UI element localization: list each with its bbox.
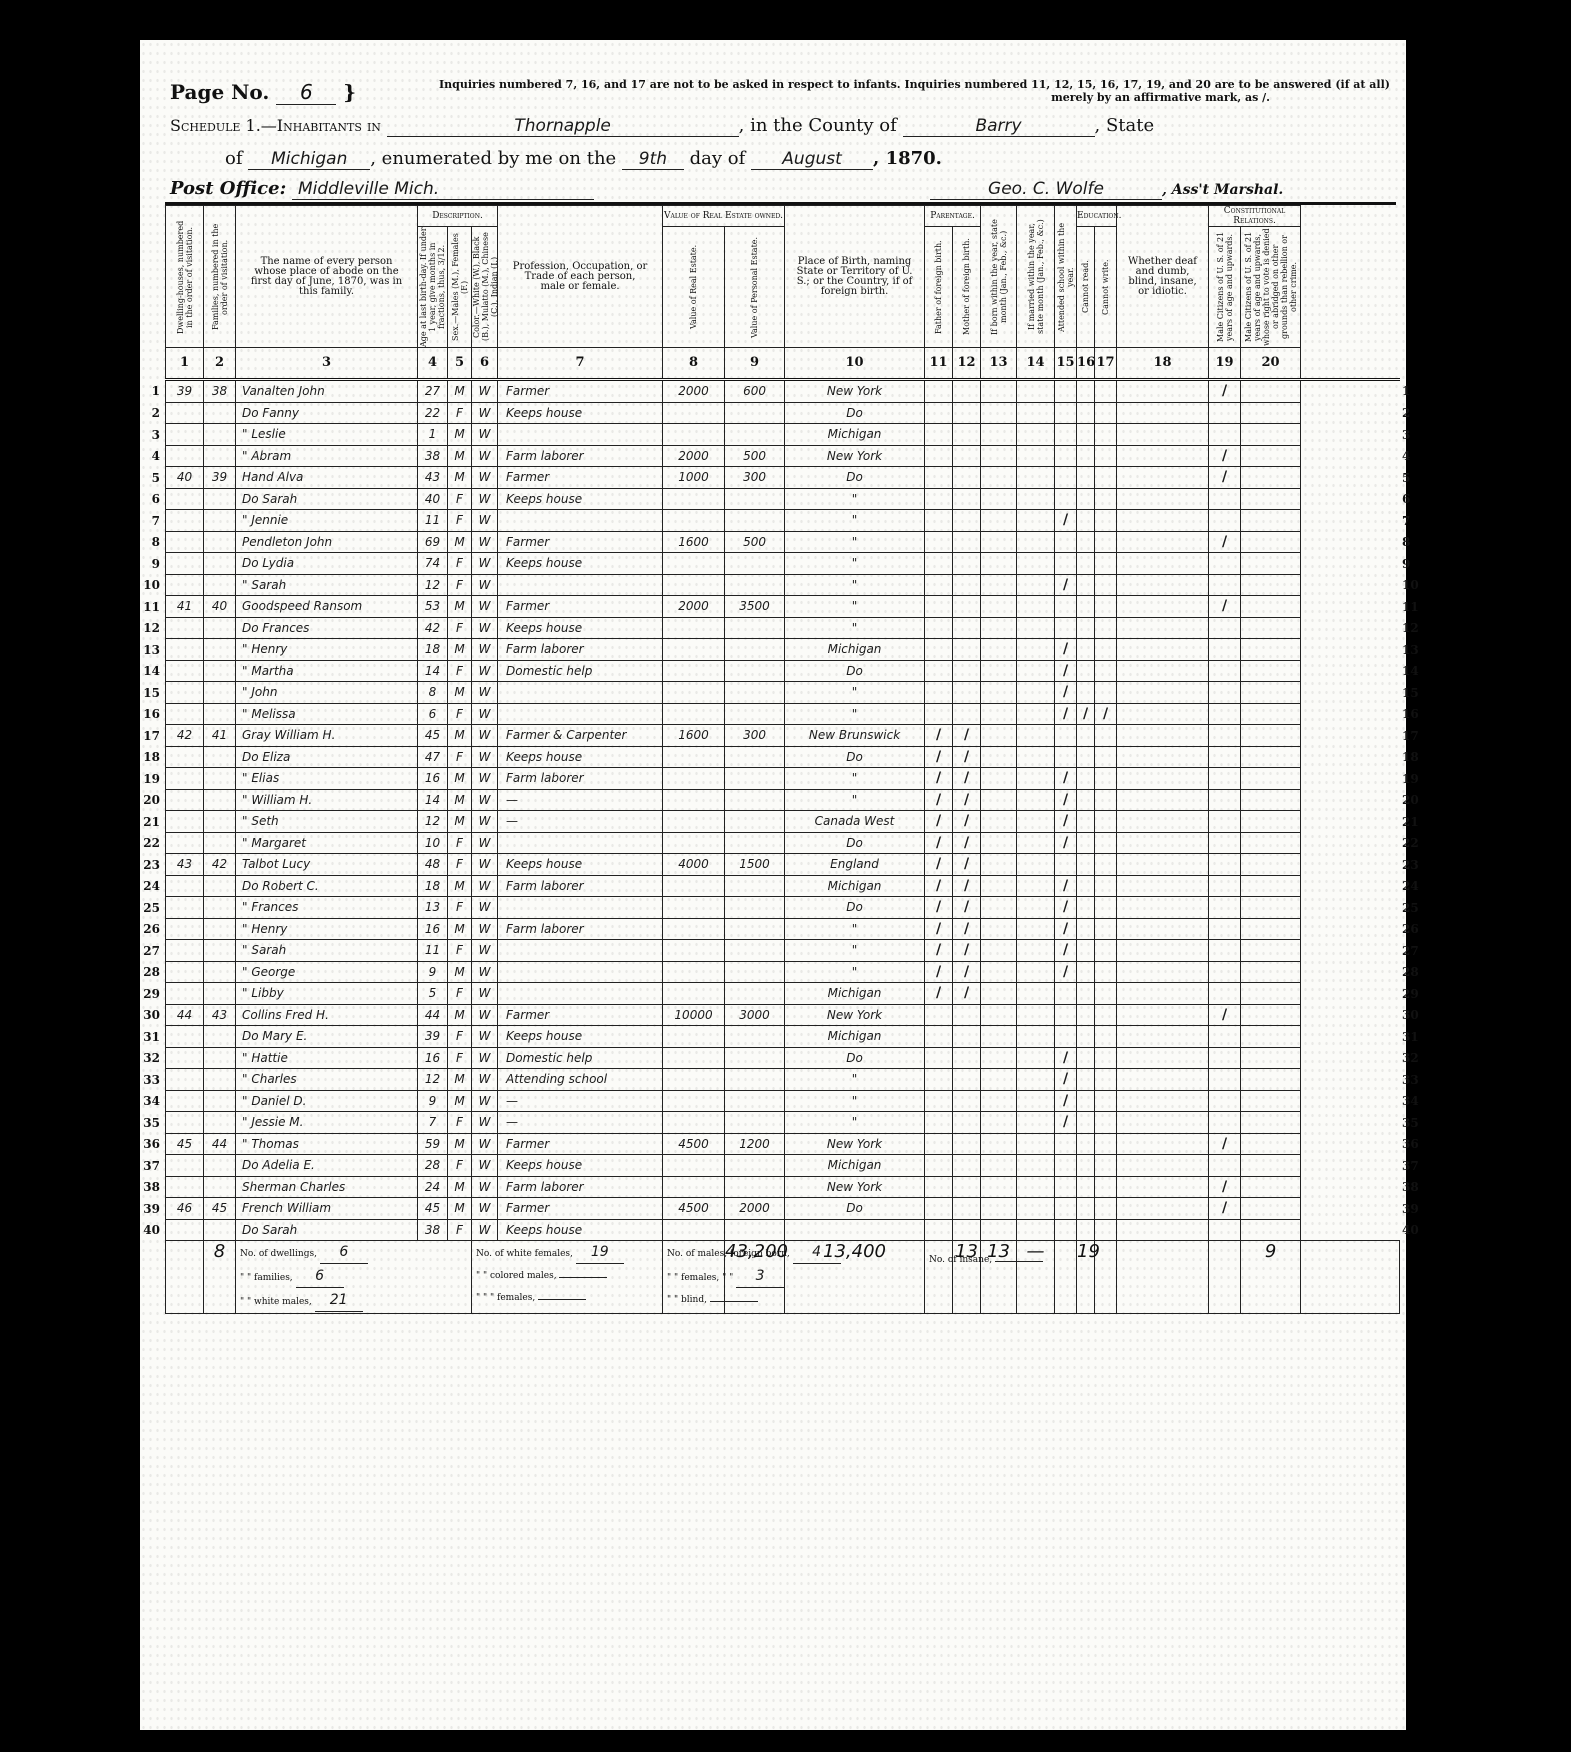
line-number: 39 xyxy=(138,1202,160,1216)
col-header-vote-denied: Male Citizens of U. S. of 21 years of ag… xyxy=(1241,227,1301,348)
color: W xyxy=(472,1176,498,1198)
personal-estate-value xyxy=(725,402,785,424)
col-group-description: Description. xyxy=(418,206,498,227)
cannot-write-mark: / xyxy=(1095,703,1117,725)
color: W xyxy=(472,725,498,747)
dwelling-number xyxy=(166,1155,204,1177)
mother-foreign-mark: / xyxy=(953,875,981,897)
color: W xyxy=(472,1198,498,1220)
father-foreign-mark xyxy=(925,1155,953,1177)
father-foreign-mark xyxy=(925,1133,953,1155)
school-mark xyxy=(1055,488,1077,510)
real-estate-value xyxy=(663,811,725,833)
line-number: 36 xyxy=(1402,1137,1419,1151)
school-mark: / xyxy=(1055,1090,1077,1112)
dwelling-number xyxy=(166,1112,204,1134)
mother-foreign-mark: / xyxy=(953,918,981,940)
occupation: Keeps house xyxy=(498,854,663,876)
family-number xyxy=(204,811,236,833)
line-number: 30 xyxy=(1402,1008,1419,1022)
vote-denied-mark xyxy=(1241,961,1301,983)
sex: F xyxy=(448,897,472,919)
real-estate-value xyxy=(663,746,725,768)
male-citizen-mark xyxy=(1209,1069,1241,1091)
vote-denied-mark xyxy=(1241,832,1301,854)
family-number: 45 xyxy=(204,1198,236,1220)
father-foreign-mark xyxy=(925,703,953,725)
born-month xyxy=(981,1004,1017,1026)
summary-col18 xyxy=(1209,1241,1241,1314)
personal-estate-value xyxy=(725,983,785,1005)
sex: M xyxy=(448,1004,472,1026)
age: 12 xyxy=(418,1069,448,1091)
table-row: " Margaret10FWDo/// xyxy=(166,832,1400,854)
male-citizen-mark xyxy=(1209,1155,1241,1177)
enumeration-line: of Michigan, enumerated by me on the 9th… xyxy=(225,148,942,170)
col-number: 15 xyxy=(1055,348,1077,380)
married-month xyxy=(1017,639,1055,661)
real-estate-value xyxy=(663,897,725,919)
cannot-read-mark xyxy=(1077,918,1095,940)
person-name: " Frances xyxy=(236,897,418,919)
school-mark xyxy=(1055,553,1077,575)
table-row: 4544" Thomas59MWFarmer45001200New York/ xyxy=(166,1133,1400,1155)
born-month xyxy=(981,660,1017,682)
dwelling-number xyxy=(166,574,204,596)
occupation: Farmer xyxy=(498,467,663,489)
summary-father-foreign-total: 13 xyxy=(953,1241,981,1314)
birthplace: " xyxy=(785,682,925,704)
summary-col17 xyxy=(1117,1241,1209,1314)
table-row: " Sarah12FW"/ xyxy=(166,574,1400,596)
father-foreign-mark xyxy=(925,682,953,704)
family-number xyxy=(204,1219,236,1241)
father-foreign-mark: / xyxy=(925,875,953,897)
dwelling-number: 40 xyxy=(166,467,204,489)
vote-denied-mark xyxy=(1241,380,1301,403)
family-number xyxy=(204,424,236,446)
line-number: 33 xyxy=(138,1073,160,1087)
personal-estate-value xyxy=(725,940,785,962)
cannot-read-mark xyxy=(1077,639,1095,661)
cannot-write-mark xyxy=(1095,1026,1117,1048)
dwelling-number: 39 xyxy=(166,380,204,403)
sex: M xyxy=(448,1176,472,1198)
male-citizen-mark xyxy=(1209,1026,1241,1048)
male-citizen-mark xyxy=(1209,1219,1241,1241)
dwelling-number: 44 xyxy=(166,1004,204,1026)
line-number: 12 xyxy=(138,621,160,635)
father-foreign-mark: / xyxy=(925,746,953,768)
dwelling-number xyxy=(166,510,204,532)
occupation xyxy=(498,940,663,962)
summary-col20 xyxy=(1301,1241,1400,1314)
cannot-read-mark xyxy=(1077,1026,1095,1048)
father-foreign-mark: / xyxy=(925,725,953,747)
color: W xyxy=(472,746,498,768)
age: 9 xyxy=(418,1090,448,1112)
cannot-read-mark xyxy=(1077,789,1095,811)
col-number: 14 xyxy=(1017,348,1055,380)
line-number: 13 xyxy=(1402,643,1419,657)
disability xyxy=(1117,617,1209,639)
real-estate-value xyxy=(663,832,725,854)
col-number: 7 xyxy=(498,348,663,380)
occupation: Farmer xyxy=(498,596,663,618)
disability xyxy=(1117,1133,1209,1155)
sex: F xyxy=(448,1026,472,1048)
occupation: Domestic help xyxy=(498,660,663,682)
line-number: 18 xyxy=(138,750,160,764)
occupation: Keeps house xyxy=(498,488,663,510)
cannot-write-mark xyxy=(1095,402,1117,424)
male-citizen-mark xyxy=(1209,768,1241,790)
real-estate-value xyxy=(663,1047,725,1069)
schedule-line: Schedule 1.—Inhabitants in Thornapple, i… xyxy=(170,115,1154,137)
sex: F xyxy=(448,617,472,639)
father-foreign-mark xyxy=(925,639,953,661)
line-number: 21 xyxy=(138,815,160,829)
married-month xyxy=(1017,940,1055,962)
census-rows: 3938Vanalten John27MWFarmer2000600New Yo… xyxy=(166,380,1400,1241)
disability xyxy=(1117,488,1209,510)
color: W xyxy=(472,983,498,1005)
age: 74 xyxy=(418,553,448,575)
married-month xyxy=(1017,574,1055,596)
vote-denied-mark xyxy=(1241,875,1301,897)
color: W xyxy=(472,402,498,424)
occupation xyxy=(498,424,663,446)
cannot-write-mark xyxy=(1095,1004,1117,1026)
line-number: 37 xyxy=(1402,1159,1419,1173)
color: W xyxy=(472,1155,498,1177)
mother-foreign-mark xyxy=(953,1004,981,1026)
married-month xyxy=(1017,596,1055,618)
married-month xyxy=(1017,703,1055,725)
table-row: 4342Talbot Lucy48FWKeeps house40001500En… xyxy=(166,854,1400,876)
age: 24 xyxy=(418,1176,448,1198)
table-row: " Jessie M.7FW—"/ xyxy=(166,1112,1400,1134)
col-number: 18 xyxy=(1117,348,1209,380)
father-foreign-mark xyxy=(925,553,953,575)
vote-denied-mark xyxy=(1241,488,1301,510)
line-number: 3 xyxy=(138,428,160,442)
disability xyxy=(1117,768,1209,790)
person-name: Pendleton John xyxy=(236,531,418,553)
male-citizen-mark xyxy=(1209,897,1241,919)
cannot-read-mark xyxy=(1077,445,1095,467)
color: W xyxy=(472,553,498,575)
person-name: " Thomas xyxy=(236,1133,418,1155)
family-number xyxy=(204,510,236,532)
male-citizen-mark: / xyxy=(1209,467,1241,489)
person-name: Do Sarah xyxy=(236,1219,418,1241)
occupation: Farm laborer xyxy=(498,445,663,467)
personal-estate-value xyxy=(725,1112,785,1134)
age: 1 xyxy=(418,424,448,446)
occupation: Keeps house xyxy=(498,402,663,424)
real-estate-value xyxy=(663,918,725,940)
personal-estate-value xyxy=(725,811,785,833)
sex: M xyxy=(448,1133,472,1155)
personal-estate-value xyxy=(725,553,785,575)
real-estate-value xyxy=(663,617,725,639)
father-foreign-mark xyxy=(925,445,953,467)
school-mark: / xyxy=(1055,510,1077,532)
dwelling-number xyxy=(166,1026,204,1048)
vote-denied-mark xyxy=(1241,703,1301,725)
table-row: 4241Gray William H.45MWFarmer & Carpente… xyxy=(166,725,1400,747)
personal-estate-value xyxy=(725,789,785,811)
table-row: Do Sarah40FWKeeps house" xyxy=(166,488,1400,510)
line-number: 9 xyxy=(1402,557,1410,571)
dwelling-number xyxy=(166,553,204,575)
line-number: 24 xyxy=(1402,879,1419,893)
township-value: Thornapple xyxy=(387,116,739,137)
born-month xyxy=(981,617,1017,639)
line-number: 23 xyxy=(138,858,160,872)
cannot-write-mark xyxy=(1095,1069,1117,1091)
col-header-disability: Whether deaf and dumb, blind, insane, or… xyxy=(1117,206,1209,348)
table-row: Do Adelia E.28FWKeeps houseMichigan xyxy=(166,1155,1400,1177)
col-number: 16 xyxy=(1077,348,1095,380)
mother-foreign-mark xyxy=(953,682,981,704)
disability xyxy=(1117,832,1209,854)
col-number: 1 xyxy=(166,348,204,380)
male-citizen-mark xyxy=(1209,811,1241,833)
married-month xyxy=(1017,1090,1055,1112)
occupation xyxy=(498,961,663,983)
married-month xyxy=(1017,1026,1055,1048)
disability xyxy=(1117,445,1209,467)
real-estate-value xyxy=(663,1090,725,1112)
color: W xyxy=(472,1133,498,1155)
real-estate-value xyxy=(663,703,725,725)
year-value: , 1870. xyxy=(873,148,942,169)
disability xyxy=(1117,596,1209,618)
col-header-cannot-write: Cannot write. xyxy=(1095,227,1117,348)
born-month xyxy=(981,897,1017,919)
married-month xyxy=(1017,1198,1055,1220)
father-foreign-mark: / xyxy=(925,940,953,962)
occupation: Keeps house xyxy=(498,746,663,768)
age: 14 xyxy=(418,789,448,811)
color: W xyxy=(472,596,498,618)
person-name: " Henry xyxy=(236,918,418,940)
person-name: " George xyxy=(236,961,418,983)
father-foreign-mark xyxy=(925,531,953,553)
dwelling-number xyxy=(166,811,204,833)
real-estate-value: 1600 xyxy=(663,531,725,553)
occupation: Farmer xyxy=(498,531,663,553)
father-foreign-mark xyxy=(925,1069,953,1091)
col-number: 8 xyxy=(663,348,725,380)
color: W xyxy=(472,811,498,833)
occupation: Farm laborer xyxy=(498,918,663,940)
father-foreign-mark: / xyxy=(925,789,953,811)
summary-females-block: No. of white females, 19 " " colored mal… xyxy=(472,1241,663,1314)
mother-foreign-mark: / xyxy=(953,832,981,854)
mother-foreign-mark xyxy=(953,467,981,489)
table-row: Do Eliza47FWKeeps houseDo// xyxy=(166,746,1400,768)
married-month xyxy=(1017,961,1055,983)
summary-col14 xyxy=(1055,1241,1077,1314)
real-estate-value: 4000 xyxy=(663,854,725,876)
vote-denied-mark xyxy=(1241,660,1301,682)
born-month xyxy=(981,768,1017,790)
color: W xyxy=(472,1219,498,1241)
family-number xyxy=(204,1155,236,1177)
school-mark xyxy=(1055,746,1077,768)
birthplace: " xyxy=(785,1090,925,1112)
real-estate-value xyxy=(663,488,725,510)
family-number xyxy=(204,746,236,768)
real-estate-value xyxy=(663,1069,725,1091)
male-citizen-mark xyxy=(1209,918,1241,940)
sex: F xyxy=(448,1219,472,1241)
table-row: 3938Vanalten John27MWFarmer2000600New Yo… xyxy=(166,380,1400,403)
school-mark xyxy=(1055,1026,1077,1048)
line-number: 2 xyxy=(1402,406,1410,420)
school-mark xyxy=(1055,445,1077,467)
age: 11 xyxy=(418,940,448,962)
born-month xyxy=(981,510,1017,532)
father-foreign-mark xyxy=(925,1026,953,1048)
disability xyxy=(1117,402,1209,424)
person-name: Do Fanny xyxy=(236,402,418,424)
line-number: 19 xyxy=(1402,772,1419,786)
married-month xyxy=(1017,1155,1055,1177)
age: 45 xyxy=(418,725,448,747)
summary-colored-males xyxy=(559,1277,607,1278)
school-mark xyxy=(1055,596,1077,618)
occupation: Keeps house xyxy=(498,1155,663,1177)
line-number: 25 xyxy=(138,901,160,915)
mother-foreign-mark xyxy=(953,510,981,532)
col-header-name: The name of every person whose place of … xyxy=(236,206,418,348)
male-citizen-mark xyxy=(1209,682,1241,704)
col-header-sex: Sex.—Males (M.), Females (F.) xyxy=(448,227,472,348)
birthplace: Michigan xyxy=(785,639,925,661)
birthplace: Do xyxy=(785,1198,925,1220)
person-name: " Leslie xyxy=(236,424,418,446)
married-month xyxy=(1017,725,1055,747)
table-row: " Martha14FWDomestic helpDo/ xyxy=(166,660,1400,682)
person-name: " Jessie M. xyxy=(236,1112,418,1134)
born-month xyxy=(981,1069,1017,1091)
inquiry-note-line2: merely by an affirmative mark, as /. xyxy=(390,91,1270,104)
male-citizen-mark xyxy=(1209,789,1241,811)
person-name: " Melissa xyxy=(236,703,418,725)
person-name: Do Mary E. xyxy=(236,1026,418,1048)
line-number: 38 xyxy=(138,1180,160,1194)
line-number: 31 xyxy=(138,1030,160,1044)
cannot-read-mark xyxy=(1077,510,1095,532)
age: 10 xyxy=(418,832,448,854)
enumerated-label: , enumerated by me on the xyxy=(370,148,616,169)
family-number xyxy=(204,553,236,575)
line-number: 22 xyxy=(1402,836,1419,850)
married-month xyxy=(1017,660,1055,682)
cannot-write-mark xyxy=(1095,553,1117,575)
male-citizen-mark: / xyxy=(1209,445,1241,467)
personal-estate-value xyxy=(725,424,785,446)
born-month xyxy=(981,488,1017,510)
married-month xyxy=(1017,682,1055,704)
col-number: 12 xyxy=(953,348,981,380)
married-month xyxy=(1017,983,1055,1005)
line-number: 8 xyxy=(1402,535,1410,549)
personal-estate-value: 300 xyxy=(725,467,785,489)
line-number: 3 xyxy=(1402,428,1410,442)
age: 8 xyxy=(418,682,448,704)
school-mark xyxy=(1055,1219,1077,1241)
male-citizen-mark: / xyxy=(1209,1176,1241,1198)
male-citizen-mark: / xyxy=(1209,596,1241,618)
born-month xyxy=(981,875,1017,897)
table-row: Do Mary E.39FWKeeps houseMichigan xyxy=(166,1026,1400,1048)
mother-foreign-mark: / xyxy=(953,854,981,876)
real-estate-value xyxy=(663,402,725,424)
school-mark: / xyxy=(1055,768,1077,790)
vote-denied-mark xyxy=(1241,1219,1301,1241)
summary-foreign-females: 3 xyxy=(736,1265,784,1288)
age: 44 xyxy=(418,1004,448,1026)
cannot-read-mark xyxy=(1077,1219,1095,1241)
occupation: Farm laborer xyxy=(498,639,663,661)
col-group-education: Education. xyxy=(1077,206,1117,227)
sex: F xyxy=(448,940,472,962)
line-number: 13 xyxy=(138,643,160,657)
father-foreign-mark xyxy=(925,1198,953,1220)
vote-denied-mark xyxy=(1241,768,1301,790)
disability xyxy=(1117,1155,1209,1177)
person-name: " Libby xyxy=(236,983,418,1005)
color: W xyxy=(472,1069,498,1091)
personal-estate-value: 300 xyxy=(725,725,785,747)
school-mark: / xyxy=(1055,918,1077,940)
col-number: 3 xyxy=(236,348,418,380)
line-number: 10 xyxy=(138,578,160,592)
vote-denied-mark xyxy=(1241,445,1301,467)
born-month xyxy=(981,918,1017,940)
disability xyxy=(1117,1176,1209,1198)
person-name: " John xyxy=(236,682,418,704)
cannot-write-mark xyxy=(1095,897,1117,919)
line-number: 38 xyxy=(1402,1180,1419,1194)
line-number: 9 xyxy=(138,557,160,571)
cannot-write-mark xyxy=(1095,789,1117,811)
cannot-read-mark xyxy=(1077,1069,1095,1091)
disability xyxy=(1117,789,1209,811)
family-number xyxy=(204,875,236,897)
father-foreign-mark xyxy=(925,660,953,682)
school-mark xyxy=(1055,1155,1077,1177)
cannot-read-mark xyxy=(1077,854,1095,876)
vote-denied-mark xyxy=(1241,1112,1301,1134)
real-estate-value xyxy=(663,961,725,983)
col-number: 20 xyxy=(1241,348,1301,380)
family-number: 42 xyxy=(204,854,236,876)
birthplace: " xyxy=(785,1112,925,1134)
real-estate-value: 10000 xyxy=(663,1004,725,1026)
age: 16 xyxy=(418,768,448,790)
table-row: Do Sarah38FWKeeps house xyxy=(166,1219,1400,1241)
line-number: 1 xyxy=(138,384,160,398)
father-foreign-mark: / xyxy=(925,897,953,919)
school-mark xyxy=(1055,617,1077,639)
mother-foreign-mark: / xyxy=(953,811,981,833)
